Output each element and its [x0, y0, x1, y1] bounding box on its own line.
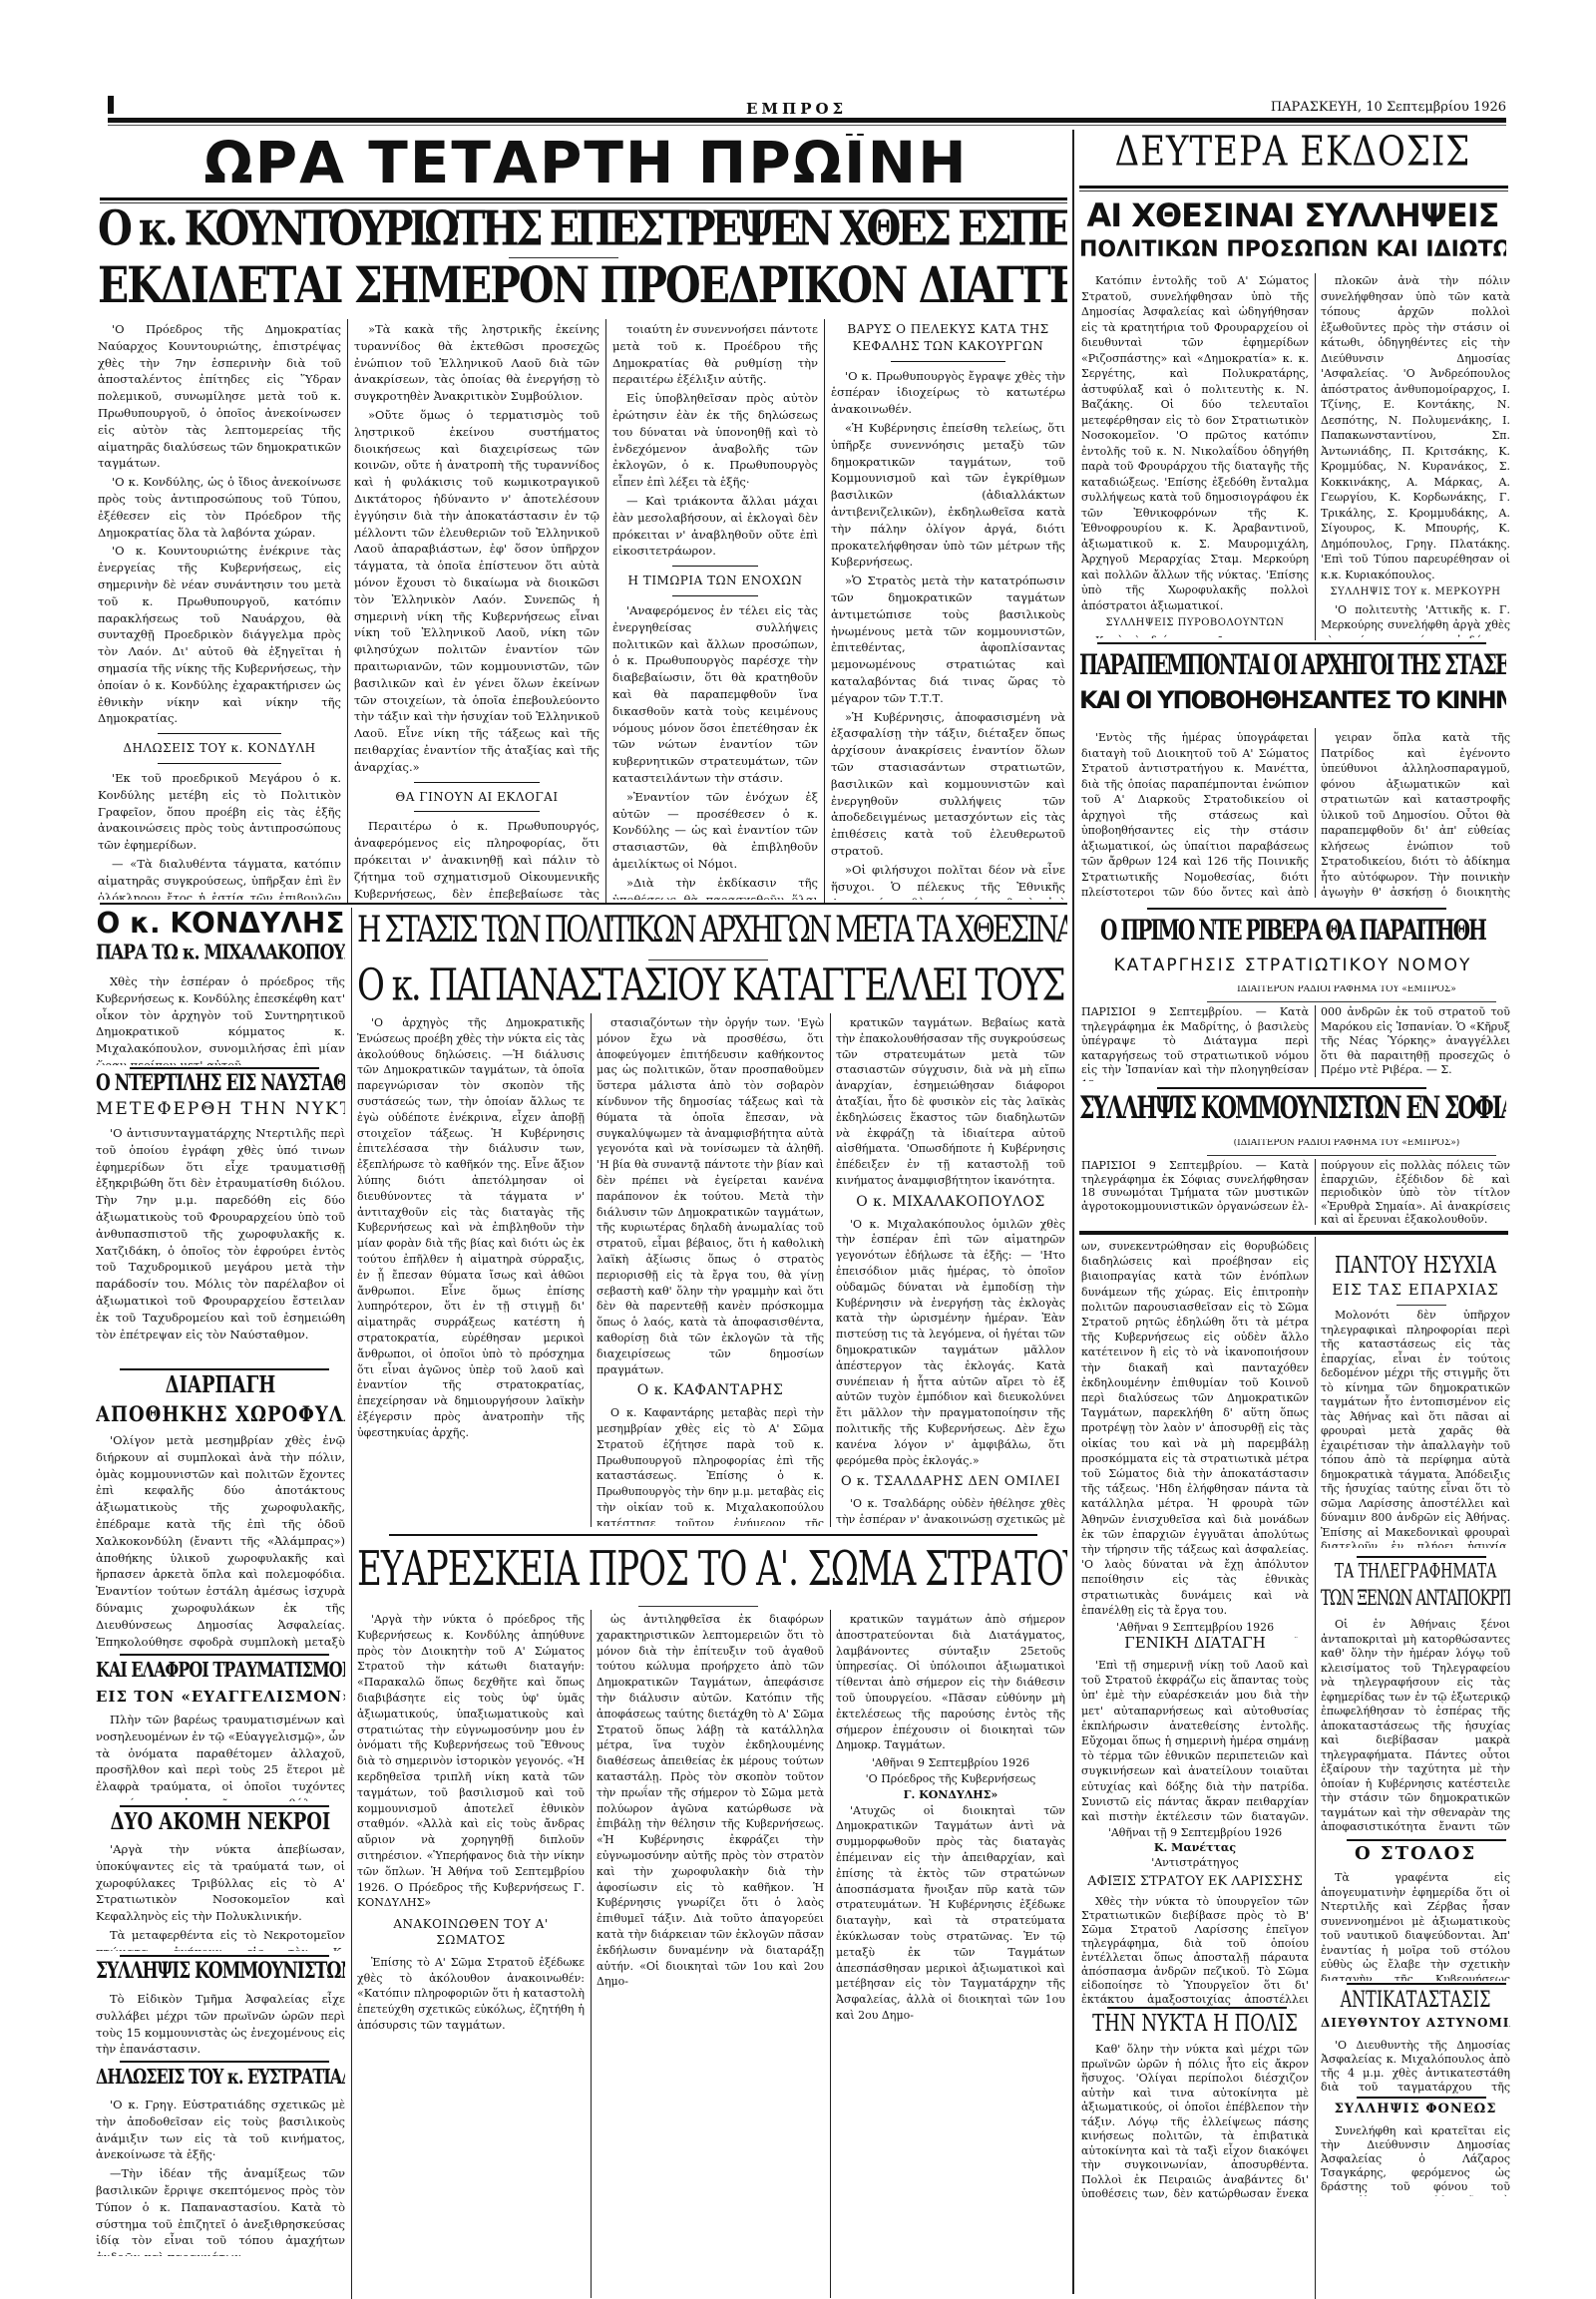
article-foreign-telegrams: Οἱ ἐν Ἀθήναις ξένοι ἀνταποκριταὶ μὴ κατο… — [1321, 1618, 1510, 1832]
paragraph: Τὸ Εἰδικὸν Τμῆμα Ἀσφαλείας εἶχε συλλάβει… — [96, 1991, 345, 2058]
paragraph: Πλὴν τῶν βαρέως τραυματισμένων καὶ νοσηλ… — [96, 1712, 345, 1801]
paragraph: 'Ατυχῶς οἱ διοικηταὶ τῶν Δημοκρατικῶν Τα… — [836, 1803, 1065, 2024]
subheading: ΘΑ ΓΙΝΟΥΝ ΑΙ ΕΚΛΟΓΑΙ — [354, 789, 599, 806]
paragraph: 'Ο κ. Κονδύλης, ὡς ὁ ἴδιος ἀνεκοίνωσε πρ… — [98, 474, 341, 541]
banner-rule-thin — [100, 202, 1067, 203]
ornament-rule — [120, 1955, 329, 1957]
subheading-michalakopoulos: Ο κ. ΜΙΧΑΛΑΚΟΠΟΥΛΟΣ — [836, 1195, 1065, 1211]
signature-rank: 'Αντιστράτηγος — [1081, 1855, 1309, 1870]
paragraph: κρατικῶν ταγμάτων ἀπὸ σήμερον ἀποστρατεύ… — [836, 1612, 1065, 1753]
ornament-rule — [120, 1654, 329, 1656]
col-rule — [351, 908, 352, 2299]
paragraph: ων, συνεκεντρώθησαν εἰς θορυβώδεις διαδη… — [1081, 1239, 1309, 1618]
headline-communist-arrests: ΣΥΛΛΗΨΙΣ ΚΟΜΜΟΥΝΙΣΤΩΝ — [96, 1961, 345, 1992]
article-injuries: Πλὴν τῶν βαρέως τραυματισμένων καὶ νοσηλ… — [96, 1712, 345, 1801]
article-dertilis: 'Ο ἀντισυνταγματάρχης Ντερτιλῆς περὶ τοῦ… — [96, 1125, 345, 1364]
headline-injuries: ΚΑΙ ΕΛΑΦΡΟΙ ΤΡΑΥΜΑΤΙΣΜΟΙ — [96, 1660, 345, 1691]
section-rule — [1157, 1087, 1426, 1089]
edition-rule — [1079, 186, 1508, 189]
col-rule — [591, 1610, 592, 2298]
ornament-rule — [1347, 1839, 1506, 1841]
col-rule — [824, 319, 825, 903]
article-murderer-arrest: Συνελήφθη καὶ κρατεῖται εἰς τὴν Διεύθυνσ… — [1321, 2124, 1510, 2196]
paragraph: 'Ο ἀντισυνταγματάρχης Ντερτιλῆς περὶ τοῦ… — [96, 1125, 345, 1342]
paragraph: 'Αργὰ τὴν νύκτα ἀπεβίωσαν, ὑποκύψαντες ε… — [96, 1841, 345, 1925]
ornament-rule — [158, 763, 281, 764]
ornament-rule — [1357, 2097, 1486, 2099]
signature-title: 'Ο Πρόεδρος τῆς Κυβερνήσεως — [836, 1771, 1065, 1787]
col-rule — [1315, 728, 1316, 898]
subheadline-calm: ΕΙΣ ΤΑΣ ΕΠΑΡΧΙΑΣ — [1321, 1283, 1510, 1303]
section-rule — [100, 903, 1067, 905]
subheadline-referral: ΚΑΙ ΟΙ ΥΠΟΒΟΗΘΗΣΑΝΤΕΣ ΤΟ ΚΙΝΗΜΑ — [1079, 688, 1506, 720]
headline-divider — [509, 257, 618, 258]
paragraph: »Ἡ Κυβέρνησις, ἀποφασισμένη νὰ ἐξασφαλίσ… — [831, 709, 1065, 860]
paragraph: 'Ο κ. Μιχαλακόπουλος ὁμιλῶν χθὲς τὴν ἑσπ… — [836, 1217, 1065, 1469]
headline-looting: ΔΙΑΡΠΑΓΗ — [96, 1374, 345, 1405]
paper-name: ΕΜΠΡΟΣ — [746, 100, 847, 118]
col-rule — [1315, 273, 1316, 640]
headline-kondylis: Ο κ. ΚΟΝΔΥΛΗΣ — [96, 910, 345, 942]
ornament-rule — [414, 811, 540, 812]
ornament-rule — [414, 782, 540, 783]
article-army-corps-col2: ὡς ἀντιληφθεῖσα ἐκ διαφόρων χαρακτηριστι… — [597, 1612, 824, 2290]
article-order-restored: ων, συνεκεντρώθησαν εἰς θορυβώδεις διαδη… — [1081, 1239, 1309, 1638]
section-rule — [1147, 908, 1446, 910]
col-rule — [1315, 1005, 1316, 1077]
paragraph: Οἱ ἐν Ἀθήναις ξένοι ἀνταποκριταὶ μὴ κατο… — [1321, 1618, 1510, 1832]
paragraph: Τὰ γραφέντα εἰς ἀπογευματινὴν ἐφημερίδα … — [1321, 1871, 1510, 1981]
article-referral-col2: γειραν ὅπλα κατὰ τῆς Πατρίδος καὶ ἐγένον… — [1321, 730, 1510, 898]
article-referral-col1: 'Εντὸς τῆς ἡμέρας ὑπογράφεται διαταγὴ το… — [1081, 730, 1309, 898]
headline-referral: ΠΑΡΑΠΕΜΠΟΝΤΑΙ ΟΙ ΑΡΧΗΓΟΙ ΤΗΣ ΣΤΑΣΕΩΣ — [1079, 650, 1506, 692]
ornament-rule — [1107, 2007, 1287, 2009]
headline-political-leaders: Η ΣΤΑΣΙΣ ΤΩΝ ΠΟΛΙΤΙΚΩΝ ΑΡΧΗΓΩΝ ΜΕΤΑ ΤΑ Χ… — [357, 912, 1067, 958]
article-calm: Μολονότι δὲν ὑπῆρχον τηλεγραφικαὶ πληροφ… — [1321, 1309, 1510, 1548]
dateline: 'Αθῆναι τῇ 9 Σεπτεμβρίου 1926 — [1081, 1825, 1309, 1840]
article-papanastasiou-col3: κρατικῶν ταγμάτων. Βεβαίως κατὰ τὴν ἐπακ… — [836, 1015, 1065, 1526]
ornament-rule — [1357, 1556, 1486, 1558]
paragraph: 'Ο πολιτευτὴς 'Αττικῆς κ. Γ. Μερκούρης σ… — [1321, 602, 1510, 639]
article-fleet: Τὰ γραφέντα εἰς ἀπογευματινὴν ἐφημερίδα … — [1321, 1871, 1510, 1981]
col-rule — [605, 319, 606, 903]
headline-proclamation: ΕΚΔΙΔΕΤΑΙ ΣΗΜΕΡΟΝ ΠΡΟΕΔΡΙΚΟΝ ΔΙΑΓΓΕΛΜΑ Π… — [98, 261, 1067, 321]
article-proclamation-col3: τοιαύτη ἐν συνεννοήσει πάντοτε μετὰ τοῦ … — [612, 321, 818, 900]
paragraph: 'Ο κ. Πρωθυπουργὸς ἔγραψε χθὲς τὴν ἑσπέρ… — [831, 368, 1065, 418]
headline-army-corps: ΕΥΑΡΕΣΚΕΙΑ ΠΡΟΣ ΤΟ Α'. ΣΩΜΑ ΣΤΡΑΤΟΥ — [357, 1546, 1067, 1610]
edition-label: ΔΕΥΤΕΡΑ ΕΚΔΟΣΙΣ — [1079, 132, 1506, 182]
ornament-rule — [891, 361, 1005, 362]
paragraph: Συνελήφθη καὶ κρατεῖται εἰς τὴν Διεύθυνσ… — [1321, 2124, 1510, 2196]
paragraph: πούργουν εἰς πολλὰς πόλεις τῶν ἐπαρχιῶν,… — [1321, 1159, 1510, 1227]
dateline: 'Αθῆναι 9 Σεπτεμβρίου 1926 — [1081, 1620, 1309, 1635]
paragraph: Καθ' ὅλην τὴν νύκτα καὶ μέχρι τῶν πρωϊνῶ… — [1081, 2043, 1309, 2202]
paragraph: στασιαζόντων τὴν ὀργήν των. 'Εγὼ μόνον ἔ… — [597, 1015, 824, 1377]
masthead-rule — [108, 118, 1506, 123]
article-proclamation-col2: »Τὰ κακὰ τῆς ληστρικῆς ἐκείνης τυραννίδο… — [354, 321, 599, 900]
article-proclamation-col1: 'Ο Πρόεδρος τῆς Δημοκρατίας Ναύαρχος Κου… — [98, 321, 341, 900]
article-army-corps-col3: κρατικῶν ταγμάτων ἀπὸ σήμερον ἀποστρατεύ… — [836, 1612, 1065, 2290]
col-rule — [1315, 1237, 1316, 2299]
paragraph: ΠΑΡΙΣΙΟΙ 9 Σεπτεμβρίου. — Κατὰ τηλεγράφη… — [1081, 1005, 1309, 1081]
paragraph: Ἐπίσης τὸ Α' Σῶμα Στρατοῦ ἐξέδωκε χθὲς τ… — [357, 1955, 585, 2034]
source-rule — [1207, 1001, 1496, 1002]
paragraph: γειραν ὅπλα κατὰ τῆς Πατρίδος καὶ ἐγένον… — [1321, 730, 1510, 898]
page-marker — [108, 96, 114, 114]
subheadline-injuries: ΕΙΣ ΤΟΝ «ΕΥΑΓΓΕΛΙΣΜΟΝ» — [96, 1690, 345, 1710]
paragraph: Χθὲς τὴν νύκτα τὸ ὑπουργεῖον τῶν Στρατιω… — [1081, 1895, 1309, 2007]
paragraph: 'Αργὰ τὴν νύκτα ὁ πρόεδρος τῆς Κυβερνήσε… — [357, 1612, 585, 1911]
subheading: ΒΑΡΥΣ Ο ΠΕΛΕΚΥΣ ΚΑΤΑ ΤΗΣ ΚΕΦΑΛΗΣ ΤΩΝ ΚΑΚ… — [831, 321, 1065, 355]
source-line: ΙΔΙΑΙΤΕΡΟΝ ΡΑΔΙΟΓΡΑΦΗΜΑ ΤΟΥ «ΕΜΠΡΟΣ» — [1197, 985, 1496, 999]
paragraph: 'Ο Πρόεδρος τῆς Δημοκρατίας Ναύαρχος Κου… — [98, 321, 341, 472]
article-kondylis: Χθὲς τὴν ἑσπέραν ὁ πρόεδρος τῆς Κυβερνήσ… — [96, 973, 345, 1065]
paragraph: Κατὰ τὴν διάρκειαν τῶν συμ- — [1081, 633, 1309, 639]
paragraph: τοιαύτη ἐν συνεννοήσει πάντοτε μετὰ τοῦ … — [612, 321, 818, 388]
headline-two-dead: ΔΥΟ ΑΚΟΜΗ ΝΕΚΡΟΙ — [96, 1811, 345, 1842]
paragraph: ὡς ἀντιληφθεῖσα ἐκ διαφόρων χαρακτηριστι… — [597, 1612, 824, 1990]
paragraph: 'Εκ τοῦ προεδρικοῦ Μεγάρου ὁ κ. Κονδύλης… — [98, 770, 341, 854]
subheadline-foreign-telegrams: ΤΩΝ ΞΕΝΩΝ ΑΝΤΑΠΟΚΡΙΤΩΝ — [1321, 1588, 1510, 1622]
signature: Κ. Μανέττας — [1081, 1840, 1309, 1855]
headline-primo-de-rivera: Ο ΠΡΙΜΟ ΝΤΕ ΡΙΒΕΡΑ ΘΑ ΠΑΡΑΙΤΗΘΗ — [1079, 916, 1506, 958]
col-rule — [830, 1013, 831, 1527]
ornament-rule — [120, 1805, 329, 1807]
col-rule — [1315, 1159, 1316, 1225]
banner-rule — [100, 197, 1067, 200]
source-rule — [1207, 1155, 1496, 1156]
paragraph: Ο κ. Καφαντάρης μεταβὰς περὶ τὴν μεσημβρ… — [597, 1405, 824, 1526]
headline-fleet: Ο ΣΤΟΛΟΣ — [1321, 1845, 1510, 1869]
headline-arrests: ΑΙ ΧΘΕΣΙΝΑΙ ΣΥΛΛΗΨΕΙΣ — [1079, 199, 1506, 237]
paragraph: 'Εντὸς τῆς ἡμέρας ὑπογράφεται διαταγὴ το… — [1081, 730, 1309, 898]
article-looting: 'Ολίγον μετὰ μεσημβρίαν χθὲς ἐνῷ διήρκου… — [96, 1432, 345, 1652]
article-sofia-col2: πούργουν εἰς πολλὰς πόλεις τῶν ἐπαρχιῶν,… — [1321, 1159, 1510, 1227]
paragraph: 'Ο κ. Κουντουριώτης ἐνέκρινε τὰς ἐνεργεί… — [98, 543, 341, 727]
section-rule — [1079, 1231, 1508, 1235]
paragraph: — «Τὰ διαλυθέντα τάγματα, κατόπιν αἱματη… — [98, 856, 341, 900]
ornament-rule — [130, 1067, 319, 1069]
paragraph: Τὰ μεταφερθέντα εἰς τὸ Νεκροτομεῖον πτώμ… — [96, 1927, 345, 1951]
order-signature-block: 'Αθῆναι τῇ 9 Σεπτεμβρίου 1926 Κ. Μανέττα… — [1081, 1825, 1309, 1875]
article-proclamation-col4: ΒΑΡΥΣ Ο ΠΕΛΕΚΥΣ ΚΑΤΑ ΤΗΣ ΚΕΦΑΛΗΣ ΤΩΝ ΚΑΚ… — [831, 321, 1065, 900]
headline-general-order: ΓΕΝΙΚΗ ΔΙΑΤΑΓΗ — [1081, 1636, 1309, 1656]
paragraph: κρατικῶν ταγμάτων. Βεβαίως κατὰ τὴν ἐπακ… — [836, 1015, 1065, 1189]
issue-date: ΠΑΡΑΣΚΕΥΗ, 10 Σεπτεμβρίου 1926 — [1271, 100, 1506, 115]
paragraph: 'Ο κ. Γρηγ. Εὐστρατιάδης σχετικῶς μὲ τὴν… — [96, 2097, 345, 2163]
paragraph: «Ἡ Κυβέρνησις ἐπείσθη τελείως, ὅτι ὑπῆρξ… — [831, 420, 1065, 571]
paragraph: Μολονότι δὲν ὑπῆρχον τηλεγραφικαὶ πληροφ… — [1321, 1309, 1510, 1548]
ornament-rule — [672, 566, 758, 567]
headline-divider — [1396, 1305, 1446, 1306]
subheadline-police-replacement: ΔΙΕΥΘΥΝΤΟΥ ΑΣΤΥΝΟΜΙΑΣ — [1321, 2017, 1510, 2035]
paragraph: Κατόπιν ἐντολῆς τοῦ Α' Σώματος Στρατοῦ, … — [1081, 273, 1309, 613]
subheading-tsaldaris: Ο κ. ΤΣΑΛΔΑΡΗΣ ΔΕΝ ΟΜΙΛΕΙ — [836, 1474, 1065, 1490]
headline-divider — [638, 1606, 758, 1607]
paragraph: 'Ο ἀρχηγὸς τῆς Δημοκρατικῆς Ἑνώσεως προέ… — [357, 1015, 585, 1441]
paragraph: »Τὰ κακὰ τῆς ληστρικῆς ἐκείνης τυραννίδο… — [354, 321, 599, 405]
article-arrests-col2: πλοκῶν ἀνὰ τὴν πόλιν συνελήφθησαν ὑπὸ τῶ… — [1321, 273, 1510, 638]
article-police-replacement: 'Ο Διευθυντὴς τῆς Δημοσίας Ἀσφαλείας κ. … — [1321, 2039, 1510, 2095]
paragraph: 'Επὶ τῇ σημερινῇ νίκῃ τοῦ Λαοῦ καὶ τοῦ Σ… — [1081, 1658, 1309, 1825]
article-city-night: Καθ' ὅλην τὴν νύκτα καὶ μέχρι τῶν πρωϊνῶ… — [1081, 2043, 1309, 2202]
article-papanastasiou-col2: στασιαζόντων τὴν ὀργήν των. 'Εγὼ μόνον ἔ… — [597, 1015, 824, 1526]
signature: Γ. ΚΟΝΔΥΛΗΣ» — [836, 1787, 1065, 1803]
paragraph: »Διὰ τὴν ἐκδίκασιν τῆς ὑποθέσεως θὰ παρα… — [612, 875, 818, 900]
headline-murderer-arrest: ΣΥΛΛΗΨΙΣ ΦΟΝΕΩΣ — [1321, 2103, 1510, 2120]
banner-headline: ΩΡΑ ΤΕΤΑΡΤΗ ΠΡΩΪΝΗ — [110, 134, 1062, 195]
article-army-corps-col1: 'Αργὰ τὴν νύκτα ὁ πρόεδρος τῆς Κυβερνήσε… — [357, 1612, 585, 2290]
section-rule — [1097, 642, 1486, 644]
article-communist-arrests: Τὸ Εἰδικὸν Τμῆμα Ἀσφαλείας εἶχε συλλάβει… — [96, 1991, 345, 2059]
subheading: ΔΗΛΩΣΕΙΣ ΤΟΥ κ. ΚΟΝΔΥΛΗ — [98, 740, 341, 757]
headline-larissa: ΑΦΙΞΙΣ ΣΤΡΑΤΟΥ ΕΚ ΛΑΡΙΣΣΗΣ — [1081, 1875, 1309, 1893]
headline-divider — [648, 959, 768, 960]
article-primo-col2: 000 ἀνδρῶν ἐκ τοῦ στρατοῦ τοῦ Μαρόκου εἰ… — [1321, 1005, 1510, 1081]
headline-sofia: ΣΥΛΛΗΨΙΣ ΚΟΜΜΟΥΝΙΣΤΩΝ ΕΝ ΣΟΦΙΑ — [1079, 1093, 1506, 1138]
subheading-kafantaris: Ο κ. ΚΑΦΑΝΤΑΡΗΣ — [597, 1383, 824, 1399]
headline-dertilis: Ο ΝΤΕΡΤΙΛΗΣ ΕΙΣ ΝΑΥΣΤΑΘΜΟΝ — [96, 1073, 345, 1104]
article-sofia-col1: ΠΑΡΙΣΙΟΙ 9 Σεπτεμβρίου. — Κατὰ τηλεγράφη… — [1081, 1159, 1309, 1227]
masthead: ΕΜΠΡΟΣ ΠΑΡΑΣΚΕΥΗ, 10 Σεπτεμβρίου 1926 — [108, 100, 1506, 124]
headline-city-night: ΤΗΝ ΝΥΚΤΑ Η ΠΟΛΙΣ — [1081, 2013, 1309, 2044]
headline-efstratiadis: ΔΗΛΩΣΕΙΣ ΤΟΥ κ. ΕΥΣΤΡΑΤΙΑΔΟΥ — [96, 2067, 345, 2098]
subheading: ΣΥΛΛΗΨΕΙΣ ΠΥΡΟΒΟΛΟΥΝΤΩΝ — [1081, 615, 1309, 631]
paragraph: Εἰς ὑποβληθεῖσαν πρὸς αὐτὸν ἐρώτησιν ἐὰν… — [612, 390, 818, 491]
subheading: Η ΤΙΜΩΡΙΑ ΤΩΝ ΕΝΟΧΩΝ — [612, 573, 818, 589]
ornament-rule — [120, 1368, 329, 1370]
paragraph: »Ὁ Στρατὸς μετὰ τὴν κατατρόπωσιν τῶν δημ… — [831, 573, 1065, 706]
paragraph: Περαιτέρω ὁ κ. Πρωθυπουργός, ἀναφερόμενο… — [354, 818, 599, 900]
headline-papanastasiou: Ο κ. ΠΑΠΑΝΑΣΤΑΣΙΟΥ ΚΑΤΑΓΓΕΛΛΕΙ ΤΟΥΣ ΒΑΣΙ… — [357, 963, 1067, 1020]
ornament-rule — [672, 595, 758, 596]
paragraph: 'Ολίγον μετὰ μεσημβρίαν χθὲς ἐνῷ διήρκου… — [96, 1432, 345, 1652]
dateline: 'Αθῆναι 9 Σεπτεμβρίου 1926 — [836, 1755, 1065, 1771]
subheadline-looting: ΑΠΟΘΗΚΗΣ ΧΩΡΟΦΥΛΑΚΗΣ — [96, 1404, 345, 1433]
ornament-rule — [158, 733, 281, 734]
paragraph: 'Αναφερόμενος ἐν τέλει εἰς τὰς ἐνεργηθεί… — [612, 602, 818, 787]
ornament-rule — [120, 2061, 329, 2063]
article-primo-col1: ΠΑΡΙΣΙΟΙ 9 Σεπτεμβρίου. — Κατὰ τηλεγράφη… — [1081, 1005, 1309, 1081]
paragraph: — Καὶ τριάκοντα ἄλλαι μάχαι ἐὰν μεσολαβή… — [612, 493, 818, 560]
article-papanastasiou-col1: 'Ο ἀρχηγὸς τῆς Δημοκρατικῆς Ἑνώσεως προέ… — [357, 1015, 585, 1526]
col-rule — [347, 319, 348, 903]
paragraph: Χθὲς τὴν ἑσπέραν ὁ πρόεδρος τῆς Κυβερνήσ… — [96, 973, 345, 1065]
ornament-rule — [1347, 1983, 1506, 1985]
article-efstratiadis: 'Ο κ. Γρηγ. Εὐστρατιάδης σχετικῶς μὲ τὴν… — [96, 2097, 345, 2256]
paragraph: »Οὔτε ὅμως ὁ τερματισμὸς τοῦ ληστρικοῦ ἐ… — [354, 407, 599, 776]
paragraph: »Οἱ φιλήσυχοι πολῖται δέον νὰ εἶνε ἥσυχο… — [831, 862, 1065, 900]
subheadline-dertilis: ΜΕΤΕΦΕΡΘΗ ΤΗΝ ΝΥΚΤΑ — [96, 1101, 345, 1123]
article-arrests-col1: Κατόπιν ἐντολῆς τοῦ Α' Σώματος Στρατοῦ, … — [1081, 273, 1309, 638]
source-line: (ΙΔΙΑΙΤΕΡΟΝ ΡΑΔΙΟΓΡΑΦΗΜΑ ΤΟΥ «ΕΜΠΡΟΣ») — [1197, 1139, 1496, 1153]
article-larissa: Χθὲς τὴν νύκτα τὸ ὑπουργεῖον τῶν Στρατιω… — [1081, 1895, 1309, 2007]
paragraph: —Τὴν ἰδέαν τῆς ἀναμίξεως τῶν βασιλικῶν ἔ… — [96, 2165, 345, 2256]
masthead-rule-thin — [108, 125, 1506, 126]
paragraph: »Ἐναντίον τῶν ἐνόχων ἐξ αὐτῶν — προσέθεσ… — [612, 789, 818, 873]
paragraph: 'Ο Διευθυντὴς τῆς Δημοσίας Ἀσφαλείας κ. … — [1321, 2039, 1510, 2095]
col-rule — [830, 1610, 831, 2298]
section-rule — [389, 1534, 1037, 1536]
subheadline-kondylis: ΠΑΡΑ ΤΩ κ. ΜΙΧΑΛΑΚΟΠΟΥΛΩ — [96, 944, 345, 972]
col-rule — [591, 1013, 592, 1527]
paragraph: πλοκῶν ἀνὰ τὴν πόλιν συνελήφθησαν ὑπὸ τῶ… — [1321, 273, 1510, 582]
subheading: ΣΥΛΛΗΨΙΣ ΤΟΥ κ. ΜΕΡΚΟΥΡΗ — [1321, 584, 1510, 600]
paragraph: ΠΑΡΙΣΙΟΙ 9 Σεπτεμβρίου. — Κατὰ τηλεγράφη… — [1081, 1159, 1309, 1213]
subheadline-arrests: ΠΟΛΙΤΙΚΩΝ ΠΡΟΣΩΠΩΝ ΚΑΙ ΙΔΙΩΤΩΝ — [1079, 239, 1506, 269]
paragraph: 'Ο κ. Τσαλδάρης οὐδὲν ἠθέλησε χθὲς τὴν ἑ… — [836, 1496, 1065, 1526]
paragraph: 000 ἀνδρῶν ἐκ τοῦ στρατοῦ τοῦ Μαρόκου εἰ… — [1321, 1005, 1510, 1078]
headline-calm: ΠΑΝΤΟΥ ΗΣΥΧΙΑ — [1321, 1255, 1510, 1286]
subheading: ΑΝΑΚΟΙΝΩΘΕΝ ΤΟΥ Α' ΣΩΜΑΤΟΣ — [357, 1917, 585, 1949]
edition-rule-thin — [1079, 191, 1508, 192]
subheadline-martial-law: ΚΑΤΑΡΓΗΣΙΣ ΣΤΡΑΤΙΩΤΙΚΟΥ ΝΟΜΟΥ — [1079, 958, 1506, 981]
headline-kountouriotis: Ο κ. ΚΟΥΝΤΟΥΡΙΩΤΗΣ ΕΠΕΣΤΡΕΨΕΝ ΧΘΕΣ ΕΣΠΕΥ… — [98, 205, 1067, 263]
article-general-order: 'Επὶ τῇ σημερινῇ νίκῃ τοῦ Λαοῦ καὶ τοῦ Σ… — [1081, 1658, 1309, 1825]
column-divider — [1072, 130, 1074, 2294]
article-two-dead: 'Αργὰ τὴν νύκτα ἀπεβίωσαν, ὑποκύψαντες ε… — [96, 1841, 345, 1951]
